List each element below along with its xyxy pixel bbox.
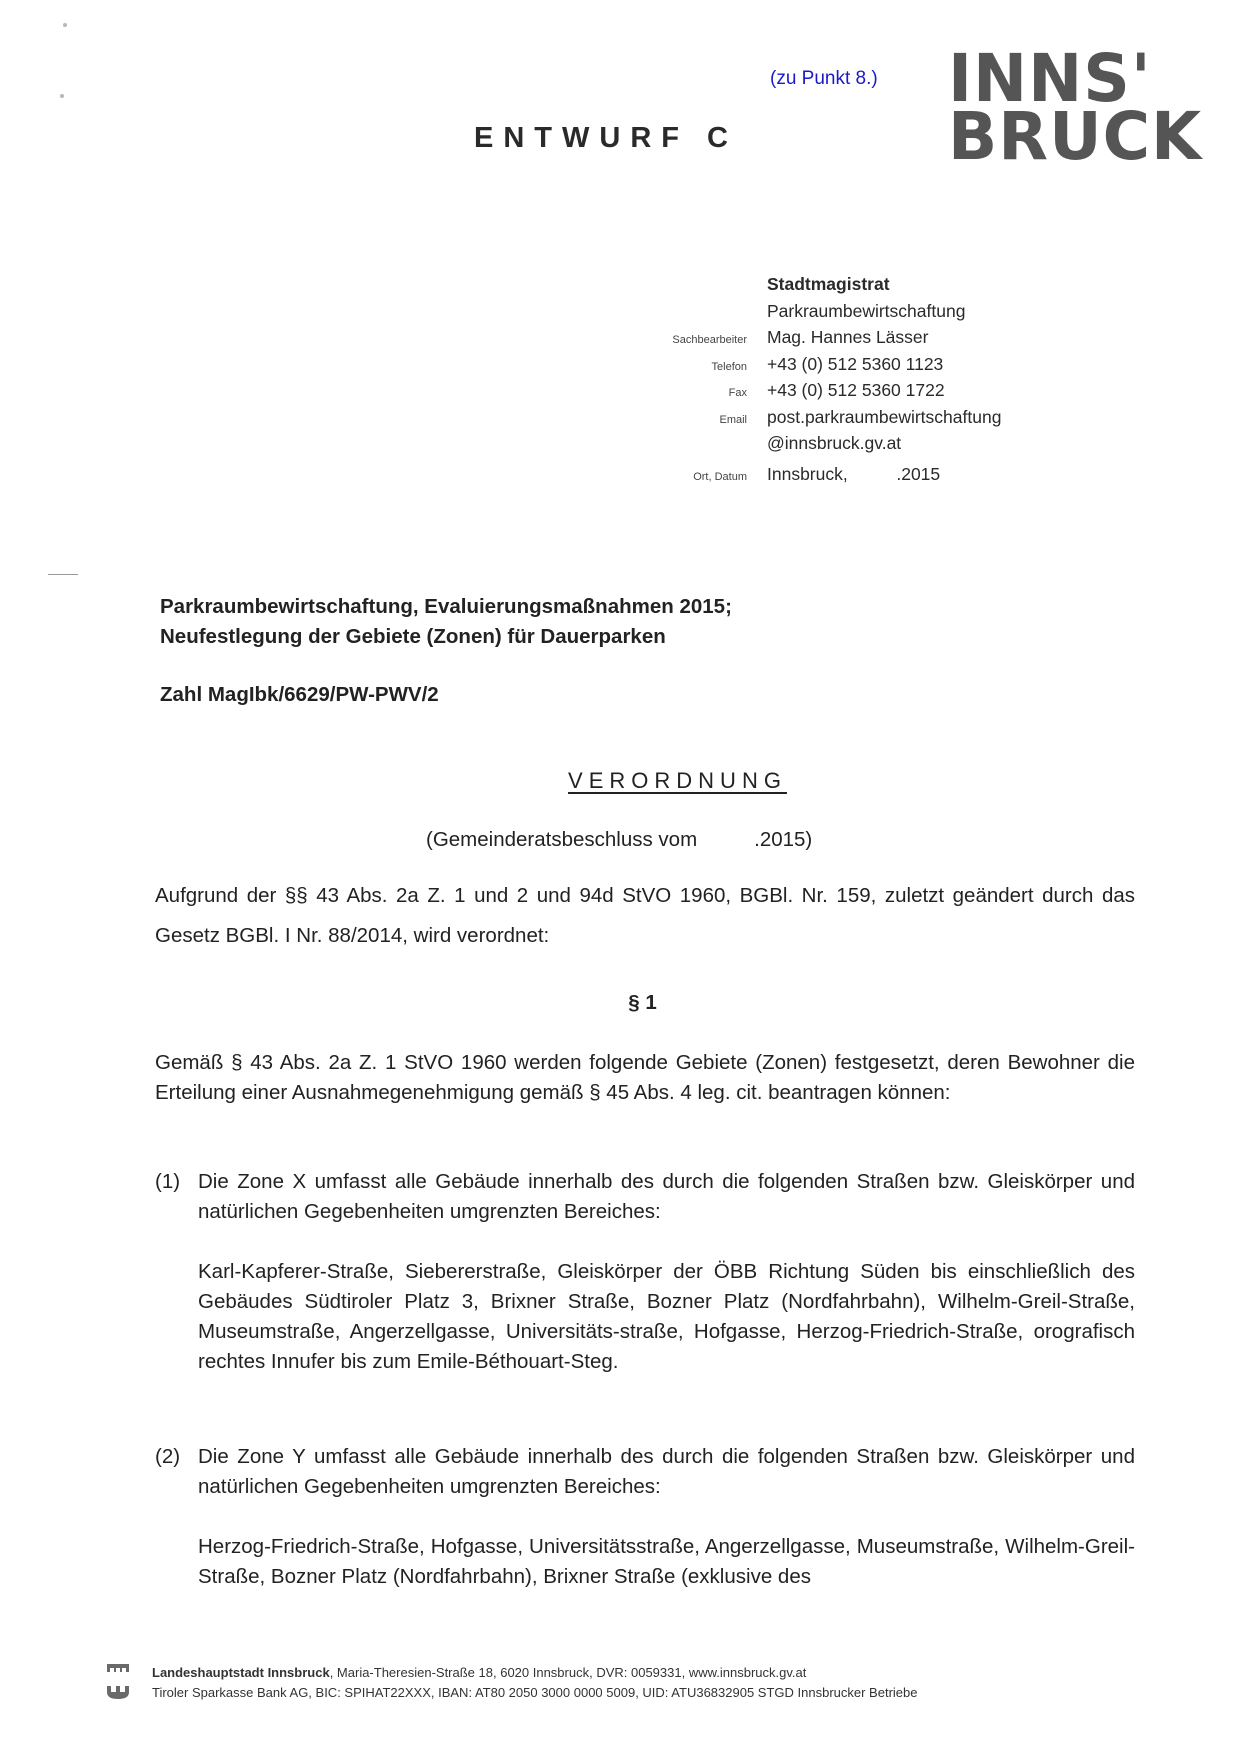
ordinance-title: VERORDNUNG (568, 768, 787, 793)
info-label: Telefon (620, 361, 767, 373)
footer-line-2: Tiroler Sparkasse Bank AG, BIC: SPIHAT22… (152, 1683, 917, 1703)
footer-address: , Maria-Theresien-Straße 18, 6020 Innsbr… (330, 1665, 807, 1680)
info-label: Email (620, 414, 767, 426)
footer-city-name: Landeshauptstadt Innsbruck (152, 1665, 330, 1680)
resolution-date: (Gemeinderatsbeschluss vom .2015) (426, 825, 812, 855)
info-label: Ort, Datum (620, 471, 767, 483)
subject: Parkraumbewirtschaftung, Evaluierungsmaß… (160, 592, 732, 652)
reference-note: (zu Punkt 8.) (770, 68, 878, 90)
section-heading: § 1 (628, 991, 657, 1014)
info-label: Fax (620, 387, 767, 399)
sender-info: Stadtmagistrat Parkraumbewirtschaftung S… (620, 274, 1001, 490)
logo-line-2: BRUCK (948, 108, 1202, 166)
email-address[interactable]: post.parkraumbewirtschaftung (767, 407, 1001, 428)
section-intro: Gemäß § 43 Abs. 2a Z. 1 StVO 1960 werden… (155, 1048, 1135, 1108)
place-date: Innsbruck, .2015 (767, 464, 940, 485)
email-domain[interactable]: @innsbruck.gv.at (767, 433, 901, 454)
fold-mark (48, 574, 78, 575)
draft-label: ENTWURF C (474, 122, 738, 155)
city-crest-icon (106, 1662, 130, 1707)
preamble: Aufgrund der §§ 43 Abs. 2a Z. 1 und 2 un… (155, 876, 1135, 956)
ordinance-title-wrap: VERORDNUNG (0, 768, 1240, 794)
subject-line-1: Parkraumbewirtschaftung, Evaluierungsmaß… (160, 592, 732, 622)
innsbruck-logo: INNS' BRUCK (948, 50, 1202, 166)
footer: Landeshauptstadt Innsbruck, Maria-Theres… (152, 1663, 917, 1703)
scan-punch-mark (63, 23, 67, 27)
paragraph-number: (1) (155, 1167, 180, 1197)
paragraph-1: (1) Die Zone X umfasst alle Gebäude inne… (155, 1167, 1135, 1377)
footer-line-1: Landeshauptstadt Innsbruck, Maria-Theres… (152, 1663, 917, 1683)
office-name: Stadtmagistrat (767, 274, 890, 295)
fax-number: +43 (0) 512 5360 1722 (767, 380, 945, 401)
street-list: Karl-Kapferer-Straße, Siebererstraße, Gl… (198, 1257, 1135, 1377)
street-list: Herzog-Friedrich-Straße, Hofgasse, Unive… (198, 1532, 1135, 1592)
paragraph-number: (2) (155, 1442, 180, 1472)
reference-number: Zahl MagIbk/6629/PW-PWV/2 (160, 683, 439, 707)
scan-punch-mark (60, 94, 64, 98)
paragraph-text: Die Zone X umfasst alle Gebäude innerhal… (198, 1167, 1135, 1227)
section-heading-wrap: § 1 (0, 988, 1240, 1018)
clerk-name: Mag. Hannes Lässer (767, 327, 928, 348)
phone-number: +43 (0) 512 5360 1123 (767, 354, 943, 375)
info-label: Sachbearbeiter (620, 334, 767, 346)
paragraph-2: (2) Die Zone Y umfasst alle Gebäude inne… (155, 1442, 1135, 1592)
department-name: Parkraumbewirtschaftung (767, 301, 965, 322)
subject-line-2: Neufestlegung der Gebiete (Zonen) für Da… (160, 622, 732, 652)
paragraph-text: Die Zone Y umfasst alle Gebäude innerhal… (198, 1442, 1135, 1502)
